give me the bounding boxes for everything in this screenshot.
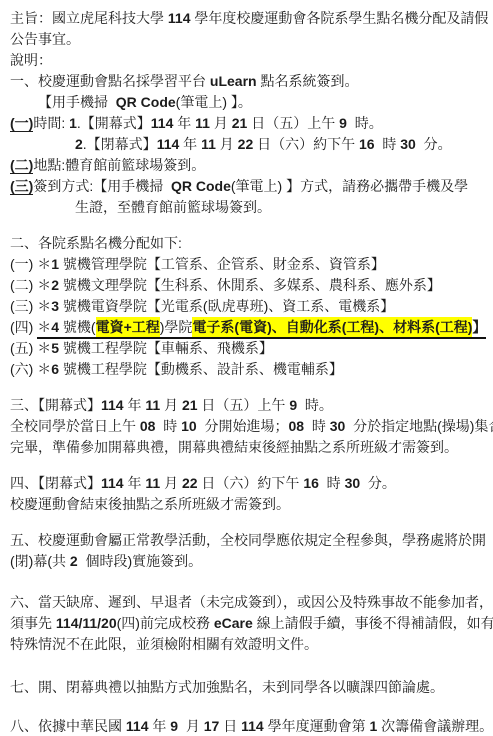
doc-line: 生證，至體育館前籃球場簽到。 <box>10 197 489 218</box>
doc-line: 二、各院系點名機分配如下: <box>10 233 489 254</box>
text-run: 四、【閉幕式】114 年 11 月 22 日（六）約下午 16 時 30 分。 <box>10 475 396 491</box>
latin-run: QR <box>171 178 192 194</box>
text-run: 二、各院系點名機分配如下: <box>10 235 182 251</box>
doc-line: 說明： <box>10 50 489 71</box>
latin-run: 30 <box>400 136 416 152</box>
text-run: 【用手機掃 QR Code(筆電上) 】。 <box>38 94 252 110</box>
latin-run: 10 <box>181 418 197 434</box>
block-section-3: 三、【開幕式】114 年 11 月 21 日（五）上午 9 時。全校同學於當日上… <box>10 395 489 458</box>
list-marker: (一) <box>10 115 33 132</box>
doc-line: 【用手機掃 QR Code(筆電上) 】。 <box>10 92 489 113</box>
text-run: 三、【開幕式】114 年 11 月 21 日（五）上午 9 時。 <box>10 397 333 413</box>
highlighted-text: 電資+工程 <box>96 317 160 339</box>
block-section-1: 一、校慶運動會點名採學習平台 uLearn 點名系統簽到。【用手機掃 QR Co… <box>10 71 489 218</box>
text-run: 地點:體育館前籃球場簽到。 <box>33 157 205 173</box>
text-run: 主旨：國立虎尾科技大學 114 學年度校慶運動會各院系學生點名機分配及請假 <box>10 10 488 26</box>
latin-run: 4 <box>51 319 59 335</box>
list-marker: (三) <box>10 178 33 195</box>
latin-run: 11 <box>145 397 160 413</box>
doc-line: (二)地點:體育館前籃球場簽到。 <box>10 155 489 176</box>
latin-run: 1 <box>69 115 77 131</box>
latin-run: 21 <box>182 397 198 413</box>
latin-run: 5 <box>51 340 59 356</box>
text-run: (六) ＊6 號機工程學院【動機系、設計系、機電輔系】 <box>10 361 343 377</box>
latin-run: 114 <box>157 136 180 152</box>
announcement-document: 主旨：國立虎尾科技大學 114 學年度校慶運動會各院系學生點名機分配及請假公告事… <box>0 0 493 736</box>
text-run: 生證，至體育館前籃球場簽到。 <box>75 199 271 215</box>
latin-run: 114 <box>101 397 124 413</box>
text-run: 八、依據中華民國 114 年 9 月 17 日 114 學年度運動會第 1 次籌… <box>10 718 493 734</box>
text-run: 校慶運動會結束後抽點之系所班級才需簽到。 <box>10 496 290 512</box>
text-run: 特殊情況不在此限，並須檢附相關有效證明文件。 <box>10 636 318 652</box>
latin-run: 22 <box>182 475 198 491</box>
doc-line: (四) ＊4 號機(電資+工程)學院電子系(電資)、自動化系(工程)、材料系(工… <box>10 317 489 338</box>
doc-line: (二) ＊2 號機文理學院【生科系、休閒系、多媒系、農科系、應外系】 <box>10 275 489 296</box>
latin-run: 9 <box>339 115 347 131</box>
doc-line: 七、開、閉幕典禮以抽點方式加強點名，未到同學各以曠課四節論處。 <box>10 677 489 698</box>
latin-run: 22 <box>238 136 254 152</box>
latin-run: 114/11/20 <box>56 615 117 631</box>
latin-run: eCare <box>214 615 253 631</box>
doc-line: 四、【閉幕式】114 年 11 月 22 日（六）約下午 16 時 30 分。 <box>10 473 489 494</box>
block-explanation-label: 說明： <box>10 50 489 71</box>
latin-run: 3 <box>51 298 59 314</box>
latin-run: Code <box>141 94 176 110</box>
text-run: ＊4 號機( <box>37 319 95 339</box>
list-marker: (二) <box>10 157 33 174</box>
doc-line: 須事先 114/11/20(四)前完成校務 eCare 線上請假手續，事後不得補… <box>10 613 489 634</box>
block-section-8: 八、依據中華民國 114 年 9 月 17 日 114 學年度運動會第 1 次籌… <box>10 716 489 736</box>
latin-run: + <box>124 319 132 335</box>
latin-run: Code <box>196 178 231 194</box>
doc-line: 特殊情況不在此限，並須檢附相關有效證明文件。 <box>10 634 489 655</box>
doc-line: 校慶運動會結束後抽點之系所班級才需簽到。 <box>10 494 489 515</box>
doc-line: (一) ＊1 號機管理學院【工管系、企管系、財金系、資管系】 <box>10 254 489 275</box>
latin-run: 114 <box>101 475 124 491</box>
latin-run: 11 <box>195 115 210 131</box>
block-subject: 主旨：國立虎尾科技大學 114 學年度校慶運動會各院系學生點名機分配及請假公告事… <box>10 8 489 50</box>
text-run: 七、開、閉幕典禮以抽點方式加強點名，未到同學各以曠課四節論處。 <box>10 679 444 695</box>
latin-run: 11 <box>145 475 160 491</box>
block-section-7: 七、開、閉幕典禮以抽點方式加強點名，未到同學各以曠課四節論處。 <box>10 677 489 698</box>
latin-run: 114 <box>168 10 191 26</box>
text-run: (二) ＊2 號機文理學院【生科系、休閒系、多媒系、農科系、應外系】 <box>10 277 441 293</box>
doc-line: (閉)幕(共 2 個時段)實施簽到。 <box>10 551 489 572</box>
doc-line: 六、當天缺席、遲到、早退者（未完成簽到），或因公及特殊事故不能參加者， <box>10 592 489 613</box>
text-run: 全校同學於當日上午 08 時 10 分開始進場；08 時 30 分於指定地點(操… <box>10 418 493 434</box>
doc-line: (五) ＊5 號機工程學院【車輛系、飛機系】 <box>10 338 489 359</box>
latin-run: 17 <box>204 718 220 734</box>
doc-line: (三)簽到方式:【用手機掃 QR Code(筆電上) 】方式，請務必攜帶手機及學 <box>10 176 489 197</box>
doc-line: 完畢，準備參加開幕典禮，開幕典禮結束後經抽點之系所班級才需簽到。 <box>10 437 489 458</box>
latin-run: 9 <box>289 397 297 413</box>
text-run: (閉)幕(共 2 個時段)實施簽到。 <box>10 553 202 569</box>
latin-run: 16 <box>303 475 319 491</box>
latin-run: 1 <box>51 256 59 272</box>
latin-run: 114 <box>151 115 174 131</box>
latin-run: 08 <box>140 418 156 434</box>
text-run: 須事先 114/11/20(四)前完成校務 eCare 線上請假手續，事後不得補… <box>10 615 493 631</box>
doc-line: 2.【閉幕式】114 年 11 月 22 日（六）約下午 16 時 30 分。 <box>10 134 489 155</box>
latin-run: 6 <box>51 361 59 377</box>
text-run: (四) <box>10 319 37 335</box>
text-run: 2.【閉幕式】114 年 11 月 22 日（六）約下午 16 時 30 分。 <box>75 136 452 152</box>
latin-run: 9 <box>170 718 178 734</box>
text-run: (五) ＊5 號機工程學院【車輛系、飛機系】 <box>10 340 273 356</box>
text-run: 簽到方式:【用手機掃 QR Code(筆電上) 】方式，請務必攜帶手機及學 <box>33 178 468 194</box>
block-section-4: 四、【閉幕式】114 年 11 月 22 日（六）約下午 16 時 30 分。校… <box>10 473 489 515</box>
latin-run: 2 <box>70 553 78 569</box>
latin-run: 2 <box>75 136 83 152</box>
doc-line: (三) ＊3 號機電資學院【光電系(臥虎專班)、資工系、電機系】 <box>10 296 489 317</box>
block-section-5: 五、校慶運動會屬正常教學活動，全校同學應依規定全程參與，學務處將於開(閉)幕(共… <box>10 530 489 572</box>
text-run: (一) ＊1 號機管理學院【工管系、企管系、財金系、資管系】 <box>10 256 385 272</box>
highlighted-text: 電子系(電資)、自動化系(工程)、材料系(工程) <box>192 317 472 339</box>
text-run: 說明： <box>10 52 52 68</box>
doc-line: (一)時間: 1.【開幕式】114 年 11 月 21 日（五）上午 9 時。 <box>10 113 489 134</box>
latin-run: QR <box>116 94 137 110</box>
doc-line: 一、校慶運動會點名採學習平台 uLearn 點名系統簽到。 <box>10 71 489 92</box>
text-run: )學院 <box>160 319 193 339</box>
text-run: 】 <box>472 319 486 339</box>
doc-line: (六) ＊6 號機工程學院【動機系、設計系、機電輔系】 <box>10 359 489 380</box>
text-run: 五、校慶運動會屬正常教學活動，全校同學應依規定全程參與，學務處將於開 <box>10 532 486 548</box>
latin-run: 11 <box>201 136 216 152</box>
latin-run: 21 <box>232 115 248 131</box>
doc-line: 八、依據中華民國 114 年 9 月 17 日 114 學年度運動會第 1 次籌… <box>10 716 489 736</box>
latin-run: 08 <box>289 418 305 434</box>
latin-run: 2 <box>51 277 59 293</box>
latin-run: 114 <box>241 718 264 734</box>
text-run: 完畢，準備參加開幕典禮，開幕典禮結束後經抽點之系所班級才需簽到。 <box>10 439 458 455</box>
latin-run: 1 <box>369 718 377 734</box>
latin-run: 30 <box>345 475 361 491</box>
text-run: 一、校慶運動會點名採學習平台 uLearn 點名系統簽到。 <box>10 73 358 89</box>
block-section-6: 六、當天缺席、遲到、早退者（未完成簽到），或因公及特殊事故不能參加者，須事先 1… <box>10 592 489 655</box>
doc-line: 三、【開幕式】114 年 11 月 21 日（五）上午 9 時。 <box>10 395 489 416</box>
latin-run: uLearn <box>210 73 257 89</box>
latin-run: 16 <box>359 136 375 152</box>
doc-line: 全校同學於當日上午 08 時 10 分開始進場；08 時 30 分於指定地點(操… <box>10 416 489 437</box>
text-run: 公告事宜。 <box>10 31 80 47</box>
doc-line: 五、校慶運動會屬正常教學活動，全校同學應依規定全程參與，學務處將於開 <box>10 530 489 551</box>
doc-line: 公告事宜。 <box>10 29 489 50</box>
doc-line: 主旨：國立虎尾科技大學 114 學年度校慶運動會各院系學生點名機分配及請假 <box>10 8 489 29</box>
text-run: 六、當天缺席、遲到、早退者（未完成簽到），或因公及特殊事故不能參加者， <box>10 594 493 610</box>
text-run: 時間: 1.【開幕式】114 年 11 月 21 日（五）上午 9 時。 <box>33 115 382 131</box>
latin-run: 114 <box>126 718 149 734</box>
latin-run: 30 <box>330 418 346 434</box>
text-run: (三) ＊3 號機電資學院【光電系(臥虎專班)、資工系、電機系】 <box>10 298 394 314</box>
block-section-2: 二、各院系點名機分配如下:(一) ＊1 號機管理學院【工管系、企管系、財金系、資… <box>10 233 489 380</box>
